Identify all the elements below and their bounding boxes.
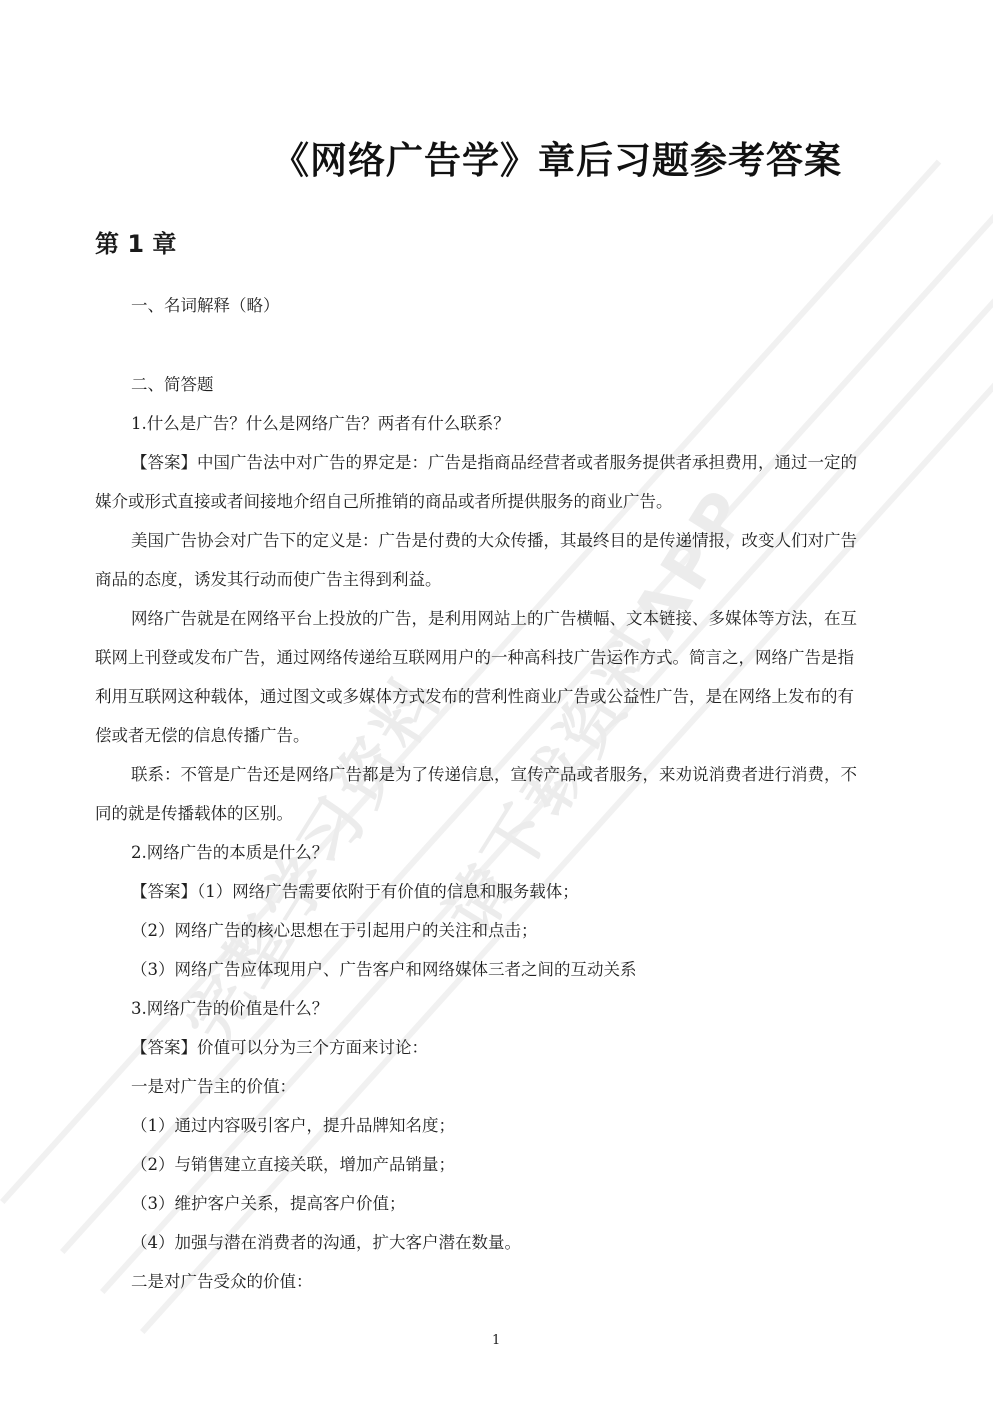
text-line: （2）网络广告的核心思想在于引起用户的关注和点击； bbox=[131, 921, 538, 941]
text-line: 二是对广告受众的价值： bbox=[131, 1272, 313, 1292]
text-line: 联网上刊登或发布广告，通过网络传递给互联网用户的一种高科技广告运作方式。简言之，… bbox=[95, 648, 854, 668]
text-line: 同的就是传播载体的区别。 bbox=[95, 804, 293, 824]
text-line: 2.网络广告的本质是什么？ bbox=[131, 843, 328, 863]
text-line: 一、名词解释（略） bbox=[131, 296, 280, 316]
text-line: 二、简答题 bbox=[131, 375, 214, 395]
text-line: 媒介或形式直接或者间接地介绍自己所推销的商品或者所提供服务的商业广告。 bbox=[95, 492, 673, 512]
text-line: （3）维护客户关系，提高客户价值； bbox=[131, 1194, 406, 1214]
text-line: （4）加强与潜在消费者的沟通，扩大客户潜在数量。 bbox=[131, 1233, 521, 1253]
page-number: 1 bbox=[492, 1333, 500, 1348]
text-line: 网络广告就是在网络平台上投放的广告，是利用网站上的广告横幅、文本链接、多媒体等方… bbox=[131, 609, 857, 629]
text-line: 【答案】价值可以分为三个方面来讨论： bbox=[131, 1038, 428, 1058]
document-page: 《网络广告学》章后习题参考答案 第 1 章 一、名词解释（略）二、简答题1.什么… bbox=[0, 0, 993, 1404]
text-line: 一是对广告主的价值： bbox=[131, 1077, 296, 1097]
text-line: 联系：不管是广告还是网络广告都是为了传递信息，宣传产品或者服务，来劝说消费者进行… bbox=[131, 765, 857, 785]
text-line: 美国广告协会对广告下的定义是：广告是付费的大众传播，其最终目的是传递情报，改变人… bbox=[131, 531, 857, 551]
document-title: 《网络广告学》章后习题参考答案 bbox=[272, 130, 842, 184]
text-line: 【答案】中国广告法中对广告的界定是：广告是指商品经营者或者服务提供者承担费用，通… bbox=[131, 453, 857, 473]
text-line: 偿或者无偿的信息传播广告。 bbox=[95, 726, 310, 746]
text-line: 商品的态度，诱发其行动而使广告主得到利益。 bbox=[95, 570, 442, 590]
text-line: 利用互联网这种载体，通过图文或多媒体方式发布的营利性商业广告或公益性广告，是在网… bbox=[95, 687, 854, 707]
text-line: （2）与销售建立直接关联，增加产品销量； bbox=[131, 1155, 455, 1175]
text-line: （3）网络广告应体现用户、广告客户和网络媒体三者之间的互动关系 bbox=[131, 960, 637, 980]
text-line: （1）通过内容吸引客户，提升品牌知名度； bbox=[131, 1116, 455, 1136]
chapter-heading: 第 1 章 bbox=[95, 224, 176, 259]
text-line: 1.什么是广告？什么是网络广告？两者有什么联系？ bbox=[131, 414, 510, 434]
text-line: 3.网络广告的价值是什么？ bbox=[131, 999, 328, 1019]
text-line: 【答案】（1）网络广告需要依附于有价值的信息和服务载体； bbox=[131, 882, 579, 902]
